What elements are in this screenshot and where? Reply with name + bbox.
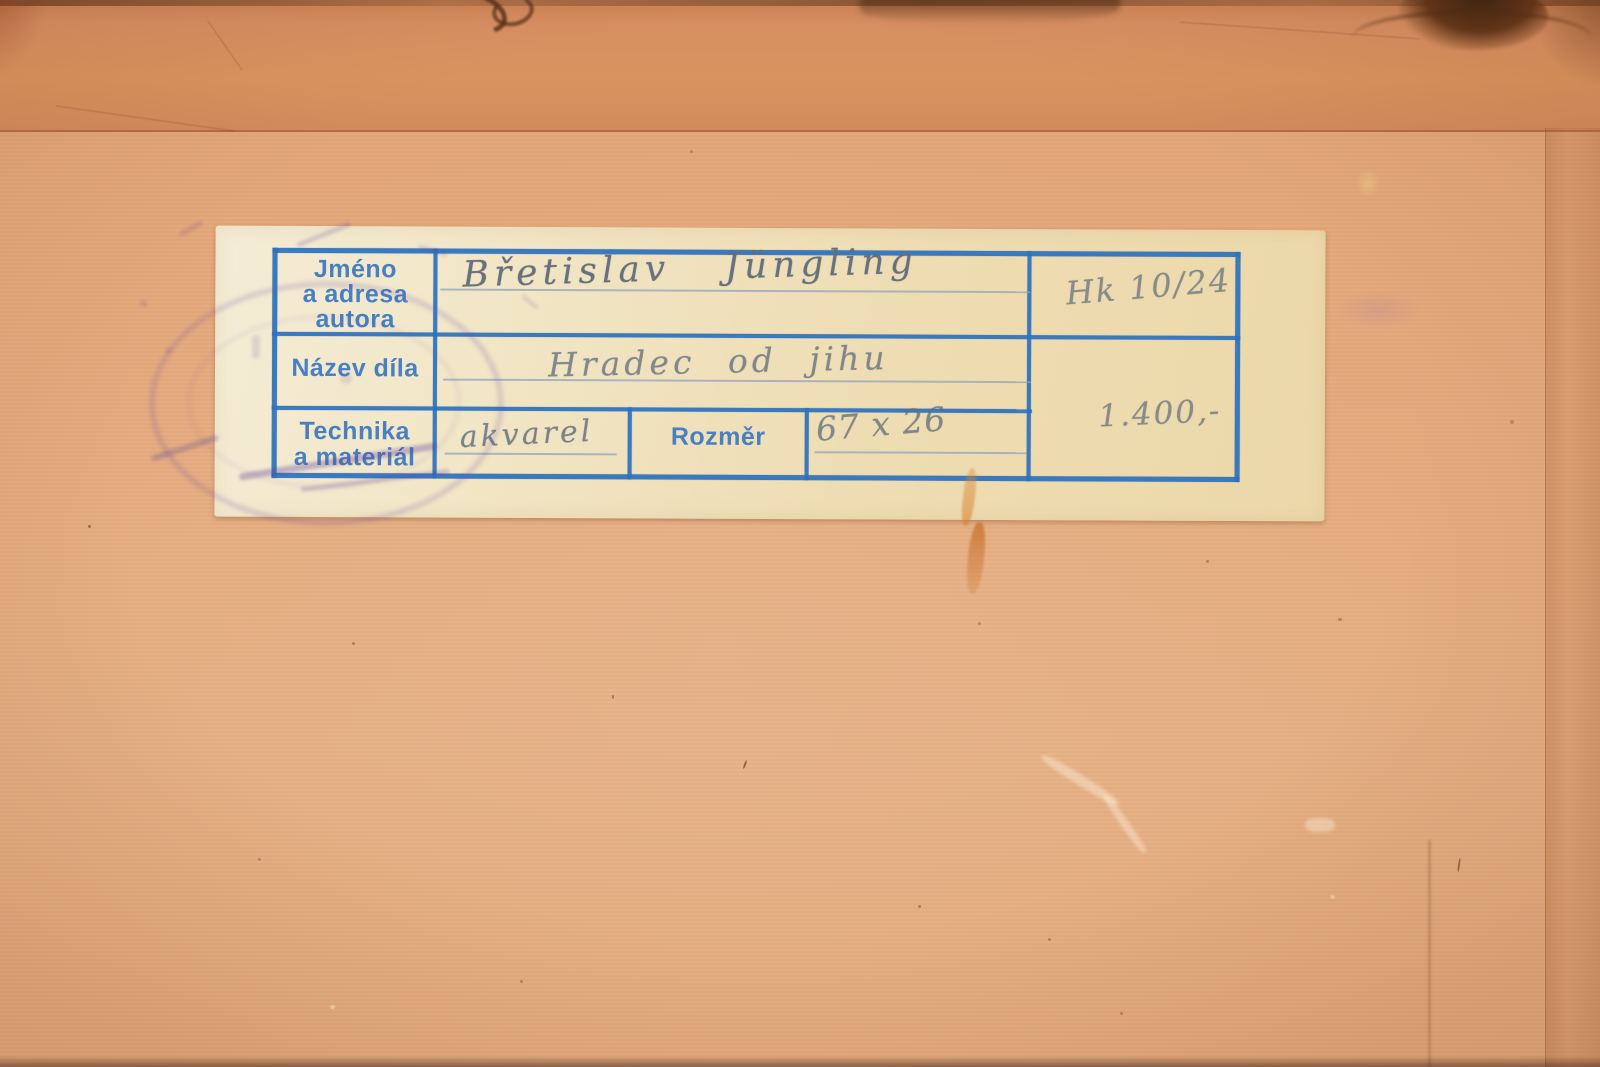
- speck: [690, 150, 693, 153]
- speck: [640, 355, 643, 358]
- author-field-label-line3: autora: [277, 307, 433, 333]
- author-field-label: Jméno a adresa autora: [277, 257, 433, 333]
- speck: [330, 1005, 335, 1009]
- speck: [1457, 858, 1461, 872]
- cardboard-right-edge-strip: [1545, 128, 1600, 1067]
- title-field-label: Název díla: [277, 354, 433, 383]
- technique-field-label-line1: Technika: [277, 418, 433, 445]
- stamp-smudge: [178, 220, 203, 237]
- stamp-text-smudge: [151, 434, 219, 461]
- table-divider-dimension: [805, 408, 809, 480]
- speck: [1206, 560, 1209, 563]
- speck: [352, 642, 355, 645]
- speck: [1510, 420, 1514, 424]
- top-left-corner-shadow: [0, 0, 52, 80]
- speck: [520, 980, 523, 983]
- orange-stain: [964, 521, 987, 594]
- speck: [1330, 895, 1335, 899]
- scuff-mark: [1305, 818, 1335, 832]
- stamp-smudge: [140, 300, 147, 307]
- cardboard-bottom-edge: [0, 1056, 1600, 1067]
- stamp-smudge: [1338, 292, 1418, 328]
- price-value: 1.400,-: [1069, 391, 1251, 436]
- dimension-value: 67 x 26: [814, 399, 947, 449]
- scuff-mark: [1102, 793, 1149, 855]
- photo-vignette: [0, 0, 1600, 1067]
- writing-line-dimension: [815, 451, 1027, 454]
- table-divider-rightcol: [1027, 251, 1032, 481]
- speck: [1120, 1012, 1123, 1015]
- stamp-smudge: [166, 348, 172, 354]
- author-field-label-line1: Jméno: [277, 257, 433, 283]
- speck: [978, 622, 981, 625]
- speck: [612, 695, 614, 699]
- light-stain: [1356, 168, 1380, 198]
- speck: [88, 525, 91, 528]
- cardboard-top-edge: [0, 0, 1600, 6]
- torn-paper-mark: [1532, 0, 1600, 85]
- speck: [743, 760, 748, 769]
- speck: [1048, 938, 1051, 941]
- dimension-field-label: Rozměr: [632, 422, 805, 451]
- technique-field-label: Technika a materiál: [277, 418, 433, 471]
- table-row-divider-1: [272, 332, 1240, 340]
- cardboard-crease: [1428, 840, 1431, 1067]
- author-field-label-line2: a adresa: [277, 282, 433, 308]
- speck: [918, 905, 921, 908]
- speck: [1338, 618, 1342, 621]
- title-value: Hradec od jihu: [548, 338, 889, 384]
- inventory-code-value: Hk 10/24: [1052, 260, 1244, 314]
- stamp-smudge: [252, 335, 260, 359]
- technique-value: akvarel: [459, 414, 594, 455]
- speck: [258, 858, 261, 861]
- stamp-smudge: [340, 372, 352, 384]
- artwork-back-photo: Jméno a adresa autora Název díla Technik…: [0, 0, 1600, 1067]
